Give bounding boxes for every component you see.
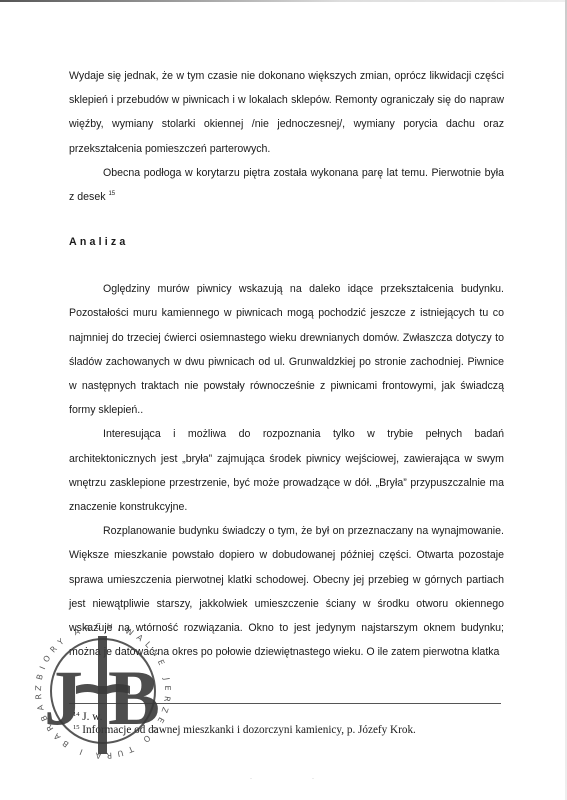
section-heading: Analiza	[69, 235, 504, 249]
footnote-text: J. w.	[82, 711, 102, 723]
paragraph: Obecna podłoga w korytarzu piętra został…	[69, 161, 504, 209]
document-body: Wydaje się jednak, że w tym czasie nie d…	[69, 64, 504, 664]
footnote-ref: 15	[108, 191, 115, 197]
scan-speck: ·	[250, 776, 252, 782]
scan-speck: ·	[312, 776, 314, 782]
scan-top-edge	[0, 0, 567, 2]
paragraph: Oględziny murów piwnicy wskazują na dale…	[69, 277, 504, 422]
paragraph: Wydaje się jednak, że w tym czasie nie d…	[69, 64, 504, 161]
paragraph: Rozplanowanie budynku świadczy o tym, że…	[69, 519, 504, 664]
footnote-number: 14	[73, 711, 80, 718]
footnotes: 14 J. w. 15 Informacje od dawnej mieszka…	[73, 711, 503, 737]
footnote: 15 Informacje od dawnej mieszkanki i doz…	[73, 724, 503, 737]
footnote-text: Informacje od dawnej mieszkanki i dozorc…	[82, 724, 416, 736]
paragraph-text: Obecna podłoga w korytarzu piętra został…	[69, 167, 504, 203]
paragraph: Interesująca i możliwa do rozpoznania ty…	[69, 422, 504, 519]
footnote-number: 15	[73, 724, 80, 731]
footnote: 14 J. w.	[73, 711, 503, 724]
footnote-separator	[69, 703, 501, 704]
